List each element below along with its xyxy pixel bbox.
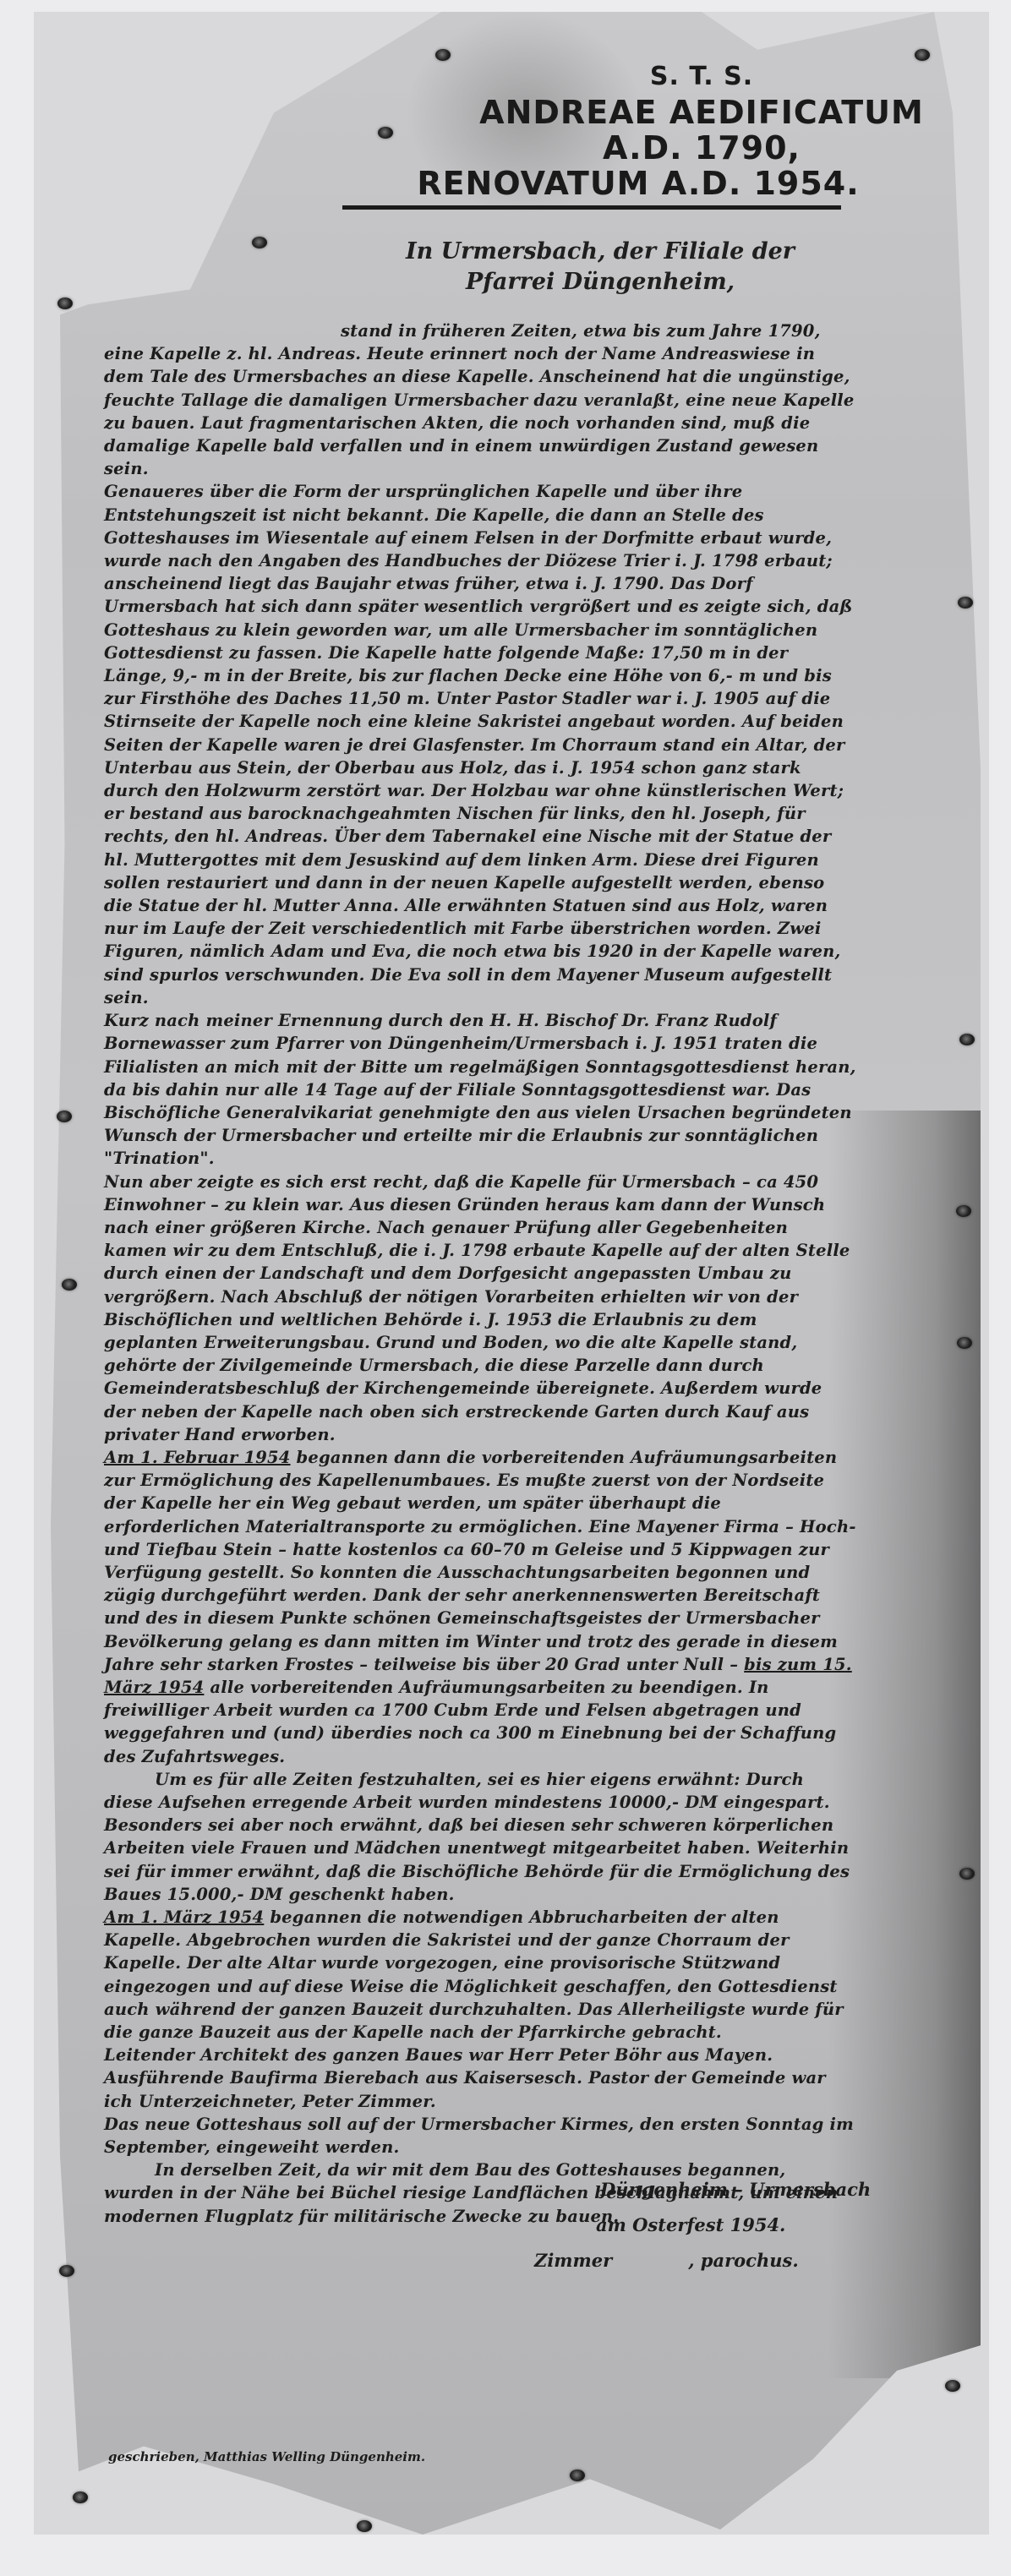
paragraph-remembrance: Um es für alle Zeiten festzuhalten, sei … bbox=[104, 1768, 856, 1906]
paragraph-consecration: Das neue Gotteshaus soll auf der Urmersb… bbox=[104, 2113, 856, 2158]
rivet-icon bbox=[59, 2265, 74, 2277]
intro-title-line1: In Urmersbach, der Filiale der bbox=[380, 237, 820, 267]
signature-name: Zimmer bbox=[534, 2243, 612, 2279]
paragraph-march-demolition: Am 1. März 1954 begannen die notwendigen… bbox=[104, 1906, 856, 2044]
paragraph-chapel-description: Genaueres über die Form der ursprünglich… bbox=[104, 480, 856, 1009]
rivet-icon bbox=[945, 2380, 960, 2392]
paragraph-february-works: Am 1. Februar 1954 begannen dann die vor… bbox=[104, 1446, 856, 1768]
date-february-1954: Am 1. Februar 1954 bbox=[104, 1448, 291, 1467]
rivet-icon bbox=[378, 127, 393, 139]
march-text: begannen die notwendigen Abbrucharbeiten… bbox=[104, 1907, 844, 2042]
date-march-1954: Am 1. März 1954 bbox=[104, 1907, 264, 1927]
rivet-icon bbox=[959, 1868, 975, 1880]
rivet-icon bbox=[357, 2520, 372, 2532]
signature-block: Düngenheim – Urmersbach am Osterfest 195… bbox=[533, 2172, 921, 2279]
rivet-icon bbox=[959, 1034, 975, 1045]
february-text: begannen dann die vorbereitenden Aufräum… bbox=[104, 1448, 856, 1674]
engraver-note: geschrieben, Matthias Welling Düngenheim… bbox=[108, 2449, 425, 2464]
intro-title: In Urmersbach, der Filiale der Pfarrei D… bbox=[380, 237, 820, 297]
paragraph-history: stand in früheren Zeiten, etwa bis zum J… bbox=[104, 319, 856, 480]
paragraph-decision: Nun aber zeigte es sich erst recht, daß … bbox=[104, 1171, 856, 1446]
plaque-body-text: stand in früheren Zeiten, etwa bis zum J… bbox=[104, 319, 856, 2228]
intro-title-line2: Pfarrei Düngenheim, bbox=[380, 267, 820, 297]
signature-title: , parochus. bbox=[688, 2243, 798, 2279]
rivet-icon bbox=[57, 297, 73, 309]
header-year-1790: A.D. 1790, bbox=[473, 130, 930, 166]
signature-place: Düngenheim – Urmersbach bbox=[533, 2172, 921, 2208]
header-sts: S. T. S. bbox=[473, 59, 930, 95]
rivet-icon bbox=[57, 1111, 72, 1122]
signature-date: am Osterfest 1954. bbox=[533, 2208, 921, 2243]
rivet-icon bbox=[73, 2491, 88, 2503]
paragraph-architect: Leitender Architekt des ganzen Baues war… bbox=[104, 2044, 856, 2113]
rivet-icon bbox=[62, 1279, 77, 1291]
header-divider bbox=[342, 205, 841, 210]
plaque-header: S. T. S. ANDREAE AEDIFICATUM A.D. 1790, … bbox=[473, 59, 930, 201]
rivet-icon bbox=[435, 49, 451, 61]
header-aedificatum: ANDREAE AEDIFICATUM bbox=[473, 95, 930, 130]
header-renovatum: RENOVATUM A.D. 1954. bbox=[347, 166, 930, 201]
signature-name-row: Zimmer , parochus. bbox=[533, 2243, 921, 2279]
rivet-icon bbox=[957, 1337, 972, 1349]
february-text-continued: alle vorbereitenden Aufräumungsarbeiten … bbox=[104, 1678, 836, 1766]
rivet-icon bbox=[570, 2470, 585, 2481]
rivet-icon bbox=[956, 1205, 971, 1217]
rivet-icon bbox=[252, 237, 267, 248]
rivet-icon bbox=[958, 597, 973, 609]
paragraph-appointment: Kurz nach meiner Ernennung durch den H. … bbox=[104, 1009, 856, 1170]
